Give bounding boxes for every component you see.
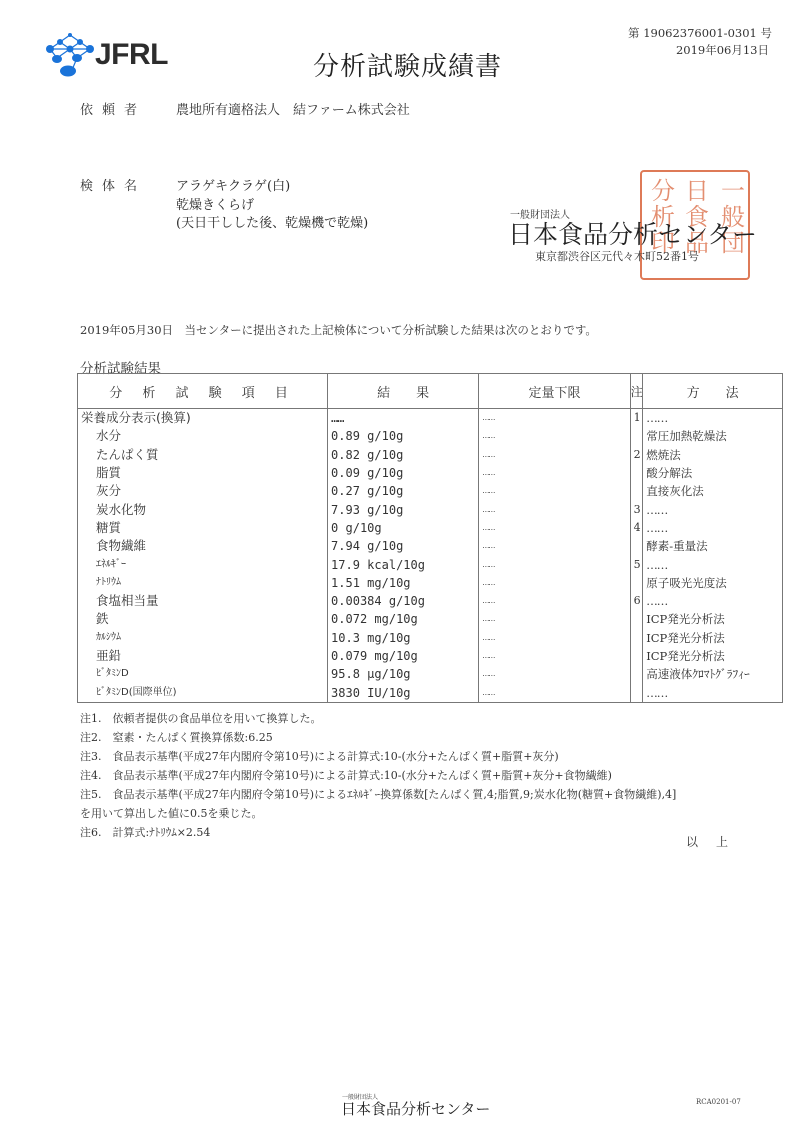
client-label: 依頼者: [80, 99, 146, 118]
report-date: 2019年06月13日: [676, 42, 769, 58]
result-value: 10.3 mg/10g: [328, 629, 479, 647]
table-row: 鉄0.072 mg/10g……ICP発光分析法: [78, 610, 783, 628]
table-row: ｴﾈﾙｷﾞｰ17.9 kcal/10g……5……: [78, 555, 783, 573]
loq-value: ……: [479, 446, 630, 464]
header-result: 結 果: [328, 374, 479, 409]
document-title: 分析試験成績書: [313, 46, 502, 83]
note-ref: 6: [630, 592, 643, 610]
loq-value: ……: [479, 519, 630, 537]
end-mark: 以上: [686, 833, 746, 850]
loq-value: ……: [479, 537, 630, 555]
header-method: 方 法: [643, 374, 783, 409]
note-ref: [630, 427, 643, 445]
method-name: ICP発光分析法: [643, 647, 783, 665]
result-value: 3830 IU/10g: [328, 683, 479, 702]
header-loq: 定量下限: [479, 374, 630, 409]
result-value: 7.94 g/10g: [328, 537, 479, 555]
table-row: 水分0.89 g/10g……常圧加熱乾燥法: [78, 427, 783, 445]
item-name: ｴﾈﾙｷﾞｰ: [78, 555, 328, 573]
loq-value: ……: [479, 610, 630, 628]
result-value: 17.9 kcal/10g: [328, 555, 479, 573]
item-name: 脂質: [78, 464, 328, 482]
table-row: 栄養成分表示(換算)…………1……: [78, 409, 783, 428]
report-number: 第 19062376001-0301 号: [628, 25, 772, 41]
item-name: ﾅﾄﾘｳﾑ: [78, 574, 328, 592]
method-name: ICP発光分析法: [643, 610, 783, 628]
loq-value: ……: [479, 592, 630, 610]
item-name: 食物繊維: [78, 537, 328, 555]
item-name: 灰分: [78, 482, 328, 500]
note-ref: [630, 665, 643, 683]
note-ref: [630, 464, 643, 482]
issuer-address: 東京都渋谷区元代々木町52番1号: [535, 248, 699, 264]
table-row: 亜鉛0.079 mg/10g……ICP発光分析法: [78, 647, 783, 665]
method-name: 酵素-重量法: [643, 537, 783, 555]
result-value: 0.82 g/10g: [328, 446, 479, 464]
loq-value: ……: [479, 427, 630, 445]
note-ref: 5: [630, 555, 643, 573]
result-value: 0.072 mg/10g: [328, 610, 479, 628]
table-row: 食塩相当量0.00384 g/10g……6……: [78, 592, 783, 610]
item-name: ｶﾙｼｳﾑ: [78, 629, 328, 647]
loq-value: ……: [479, 464, 630, 482]
method-name: 燃焼法: [643, 446, 783, 464]
table-row: ﾋﾞﾀﾐﾝD95.8 μg/10g……高速液体ｸﾛﾏﾄｸﾞﾗﾌｨｰ: [78, 665, 783, 683]
loq-value: ……: [479, 647, 630, 665]
note-ref: [630, 629, 643, 647]
item-name: 糖質: [78, 519, 328, 537]
method-name: 常圧加熱乾燥法: [643, 427, 783, 445]
table-row: ｶﾙｼｳﾑ10.3 mg/10g……ICP発光分析法: [78, 629, 783, 647]
table-row: ﾅﾄﾘｳﾑ1.51 mg/10g……原子吸光光度法: [78, 574, 783, 592]
seal-char: 一: [720, 178, 746, 204]
table-row: 灰分0.27 g/10g……直接灰化法: [78, 482, 783, 500]
note-ref: [630, 482, 643, 500]
item-name: 食塩相当量: [78, 592, 328, 610]
note-ref: [630, 610, 643, 628]
sample-name-line-3: (天日干しした後、乾燥機で乾燥): [176, 212, 368, 231]
loq-value: ……: [479, 482, 630, 500]
loq-value: ……: [479, 574, 630, 592]
note-ref: [630, 574, 643, 592]
item-name: 水分: [78, 427, 328, 445]
intro-text: 2019年05月30日 当センターに提出された上記検体について分析試験した結果は…: [80, 322, 597, 338]
method-name: ICP発光分析法: [643, 629, 783, 647]
table-row: ﾋﾞﾀﾐﾝD(国際単位)3830 IU/10g…………: [78, 683, 783, 702]
seal-char: 分: [650, 178, 676, 204]
method-name: 直接灰化法: [643, 482, 783, 500]
method-name: 原子吸光光度法: [643, 574, 783, 592]
result-value: ……: [328, 409, 479, 428]
method-name: 酸分解法: [643, 464, 783, 482]
table-row: たんぱく質0.82 g/10g……2燃焼法: [78, 446, 783, 464]
method-name: ……: [643, 592, 783, 610]
note-ref: [630, 537, 643, 555]
note-4: 注4. 食品表示基準(平成27年内閣府令第10号)による計算式:10-(水分+た…: [80, 767, 612, 783]
loq-value: ……: [479, 683, 630, 702]
note-5: 注5. 食品表示基準(平成27年内閣府令第10号)によるｴﾈﾙｷﾞｰ換算係数[た…: [80, 786, 676, 802]
result-value: 95.8 μg/10g: [328, 665, 479, 683]
result-value: 0.89 g/10g: [328, 427, 479, 445]
molecule-network-icon: [44, 32, 96, 78]
form-code: RCA0201-07: [696, 1098, 741, 1106]
loq-value: ……: [479, 629, 630, 647]
loq-value: ……: [479, 555, 630, 573]
item-name: 亜鉛: [78, 647, 328, 665]
sample-name-line-2: 乾燥きくらげ: [176, 194, 254, 213]
loq-value: ……: [479, 665, 630, 683]
item-name: たんぱく質: [78, 446, 328, 464]
seal-char: 日: [684, 178, 710, 204]
note-ref: 4: [630, 519, 643, 537]
note-ref: 2: [630, 446, 643, 464]
item-name: ﾋﾞﾀﾐﾝD: [78, 665, 328, 683]
result-value: 0.079 mg/10g: [328, 647, 479, 665]
results-table: 分 析 試 験 項 目 結 果 定量下限 注 方 法 栄養成分表示(換算)…………: [77, 373, 783, 703]
sample-name-line-1: アラゲキクラゲ(白): [176, 175, 290, 194]
method-name: 高速液体ｸﾛﾏﾄｸﾞﾗﾌｨｰ: [643, 665, 783, 683]
result-value: 7.93 g/10g: [328, 500, 479, 518]
note-1: 注1. 依頼者提供の食品単位を用いて換算した。: [80, 710, 322, 726]
loq-value: ……: [479, 409, 630, 428]
result-value: 1.51 mg/10g: [328, 574, 479, 592]
table-row: 糖質0 g/10g……4……: [78, 519, 783, 537]
note-3: 注3. 食品表示基準(平成27年内閣府令第10号)による計算式:10-(水分+た…: [80, 748, 559, 764]
note-6: 注6. 計算式:ﾅﾄﾘｳﾑ×2.54: [80, 824, 210, 840]
logo-text: JFRL: [95, 38, 168, 72]
header-item: 分 析 試 験 項 目: [78, 374, 328, 409]
footer-org-name: 日本食品分析センター: [341, 1098, 490, 1119]
result-value: 0 g/10g: [328, 519, 479, 537]
table-row: 脂質0.09 g/10g……酸分解法: [78, 464, 783, 482]
note-ref: [630, 647, 643, 665]
method-name: ……: [643, 409, 783, 428]
result-value: 0.27 g/10g: [328, 482, 479, 500]
note-5-continued: を用いて算出した値に0.5を乗じた。: [80, 805, 263, 821]
note-ref: 1: [630, 409, 643, 428]
client-name: 農地所有適格法人 結ファーム株式会社: [176, 99, 410, 118]
method-name: ……: [643, 683, 783, 702]
note-2: 注2. 窒素・たんぱく質換算係数:6.25: [80, 729, 273, 745]
item-name: 栄養成分表示(換算): [78, 409, 328, 428]
loq-value: ……: [479, 500, 630, 518]
item-name: 鉄: [78, 610, 328, 628]
issuer-org-name: 日本食品分析センター: [508, 215, 757, 251]
method-name: ……: [643, 519, 783, 537]
result-value: 0.00384 g/10g: [328, 592, 479, 610]
sample-label: 検体名: [80, 175, 146, 194]
note-ref: 3: [630, 500, 643, 518]
note-ref: [630, 683, 643, 702]
header-note: 注: [630, 374, 643, 409]
item-name: 炭水化物: [78, 500, 328, 518]
method-name: ……: [643, 555, 783, 573]
table-row: 食物繊維7.94 g/10g……酵素-重量法: [78, 537, 783, 555]
item-name: ﾋﾞﾀﾐﾝD(国際単位): [78, 683, 328, 702]
table-row: 炭水化物7.93 g/10g……3……: [78, 500, 783, 518]
method-name: ……: [643, 500, 783, 518]
result-value: 0.09 g/10g: [328, 464, 479, 482]
table-header-row: 分 析 試 験 項 目 結 果 定量下限 注 方 法: [78, 374, 783, 409]
